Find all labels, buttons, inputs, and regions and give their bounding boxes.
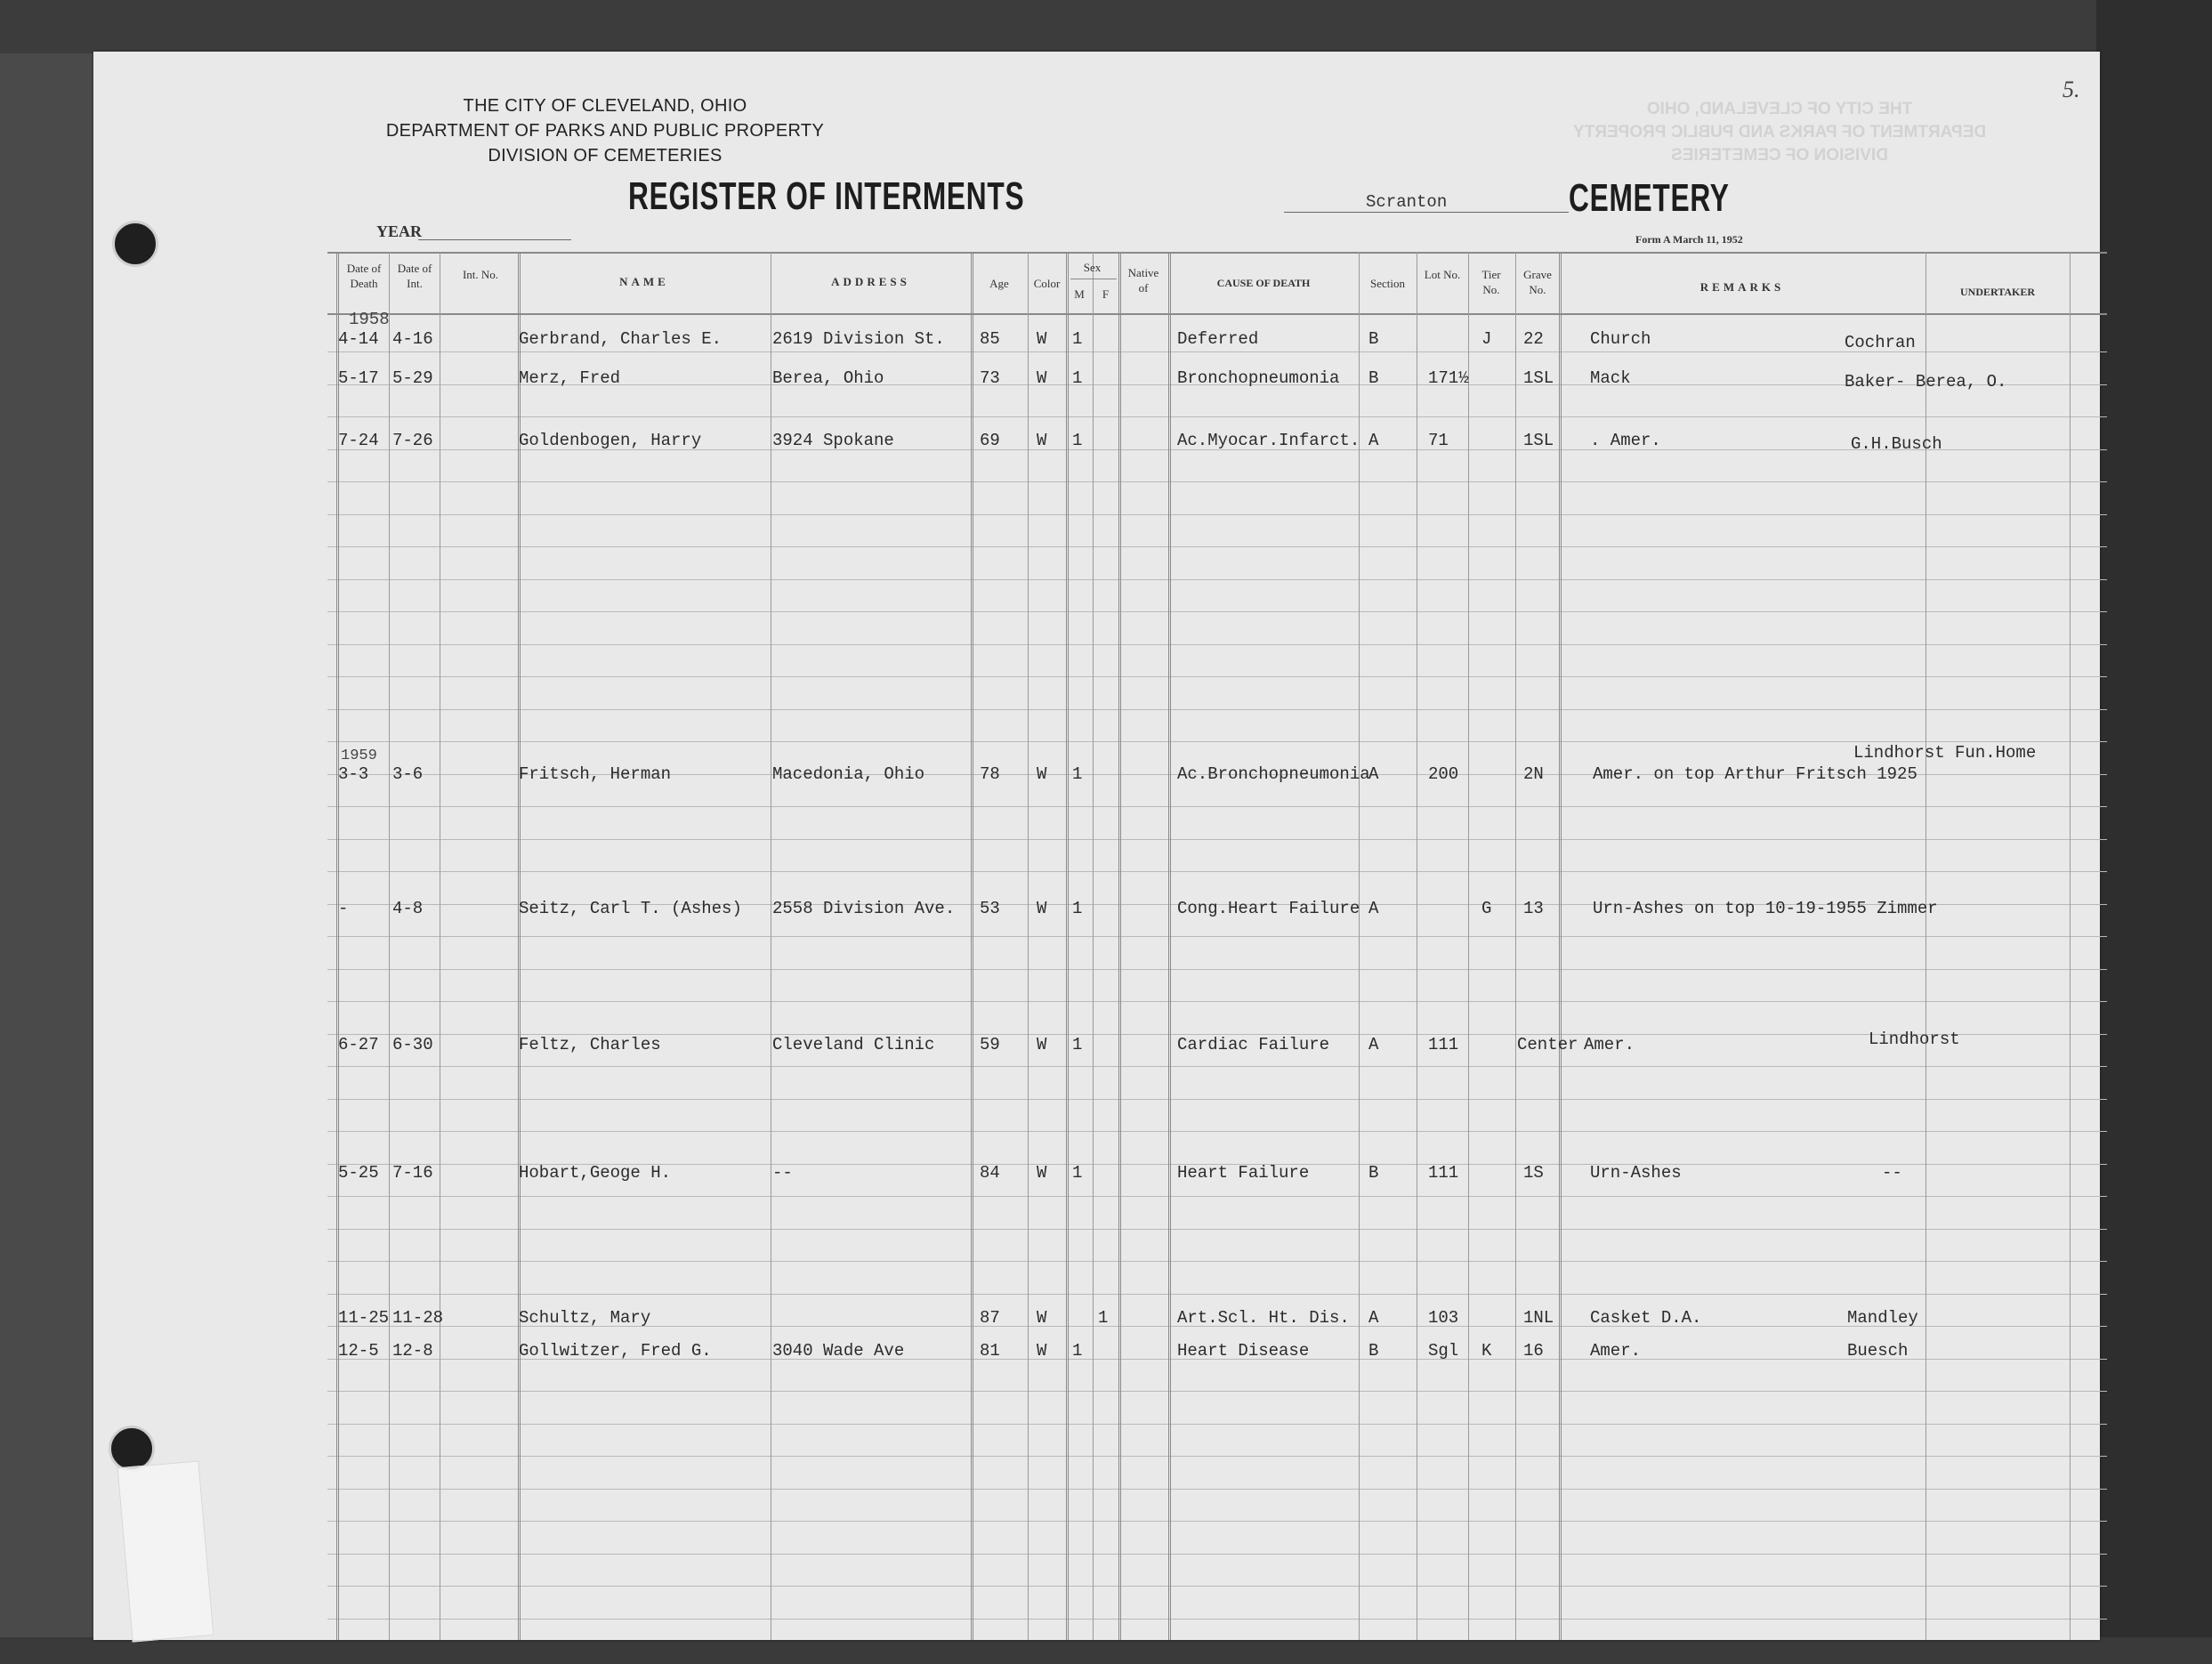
col-lot-no: Lot No. — [1424, 267, 1461, 282]
cell-date-of-death: 4-14 — [338, 329, 379, 349]
cell-date-of-int: 7-26 — [392, 431, 433, 450]
cell-address: 3040 Wade Ave — [772, 1341, 904, 1361]
cell-color: W — [1037, 368, 1046, 388]
sex-divider — [1070, 279, 1117, 279]
cell-remarks: Church — [1590, 329, 1651, 349]
cell-lot: 200 — [1428, 764, 1458, 784]
col-rule — [336, 252, 339, 1640]
col-rule — [440, 252, 440, 1640]
ruled-line — [327, 969, 2107, 970]
cell-tier: K — [1481, 1341, 1491, 1361]
cell-cause: Ac.Myocar.Infarct. — [1177, 431, 1360, 450]
cell-lot: 171½ — [1428, 368, 1469, 388]
cell-m: 1 — [1072, 368, 1082, 388]
col-rule — [771, 252, 771, 1640]
cell-remarks: . Amer. — [1590, 431, 1661, 450]
cell-date-of-int: 12-8 — [392, 1341, 433, 1361]
cell-name: Gerbrand, Charles E. — [519, 329, 722, 349]
cell-color: W — [1037, 431, 1046, 450]
bleed-through-line: THE CITY OF CLEVELAND, OHIO — [1548, 98, 2011, 121]
cell-age: 84 — [980, 1163, 1000, 1183]
cell-section: A — [1368, 764, 1378, 784]
cell-age: 85 — [980, 329, 1000, 349]
cell-date-of-death: 7-24 — [338, 431, 379, 450]
ruled-line — [327, 416, 2107, 417]
cell-cause: Cardiac Failure — [1177, 1035, 1329, 1054]
tape-strip — [117, 1460, 214, 1642]
scan-backdrop-right — [2096, 0, 2212, 1664]
cell-remarks: Urn-Ashes — [1590, 1163, 1682, 1183]
cell-color: W — [1037, 1163, 1046, 1183]
cell-remarks: Amer. — [1590, 1341, 1641, 1361]
cell-undertaker: Buesch — [1847, 1341, 1908, 1361]
col-sex-f: F — [1093, 287, 1118, 302]
cell-undertaker: Lindhorst — [1869, 1030, 1960, 1049]
cell-grave: 13 — [1523, 899, 1544, 918]
cell-address: Macedonia, Ohio — [772, 764, 924, 784]
cell-remarks: Urn-Ashes on top 10-19-1955 Zimmer — [1593, 899, 1938, 918]
cell-section: B — [1368, 1341, 1378, 1361]
ruled-line — [327, 871, 2107, 872]
cell-date-of-death: 5-25 — [338, 1163, 379, 1183]
cell-name: Goldenbogen, Harry — [519, 431, 701, 450]
ruled-line — [327, 1196, 2107, 1197]
ruled-line — [327, 579, 2107, 580]
col-date-of-int: Date of Int. — [392, 261, 437, 291]
cell-name: Schultz, Mary — [519, 1308, 650, 1328]
year-field-line — [418, 239, 571, 240]
cell-grave: 1NL — [1523, 1308, 1554, 1328]
cell-remarks: Casket D.A. — [1590, 1308, 1701, 1328]
col-native-of: Native of — [1123, 265, 1164, 295]
punch-hole-top — [112, 221, 158, 267]
cell-date-of-int: 4-8 — [392, 899, 423, 918]
cell-lot: Sgl — [1428, 1341, 1458, 1361]
cell-grave: 22 — [1523, 329, 1544, 349]
cell-lot: 71 — [1428, 431, 1449, 450]
ruled-line — [327, 1099, 2107, 1100]
cell-color: W — [1037, 329, 1046, 349]
cemetery-name: Scranton — [1366, 192, 1447, 212]
col-color: Color — [1028, 276, 1066, 291]
cell-address: -- — [772, 1163, 793, 1183]
cell-cause: Ac.Bronchopneumonia — [1177, 764, 1370, 784]
cell-grave: 2N — [1523, 764, 1544, 784]
col-int-no: Int. No. — [458, 267, 503, 282]
cell-grave: 1SL — [1523, 431, 1554, 450]
header-bottom-rule — [327, 313, 2107, 315]
cell-lot: 103 — [1428, 1308, 1458, 1328]
cell-date-of-death: 6-27 — [338, 1035, 379, 1054]
cell-remarks: Amer. on top Arthur Fritsch 1925 — [1593, 764, 1917, 784]
cell-cause: Heart Failure — [1177, 1163, 1309, 1183]
cell-name: Fritsch, Herman — [519, 764, 671, 784]
register-title: REGISTER OF INTERMENTS — [628, 174, 1024, 219]
cell-age: 73 — [980, 368, 1000, 388]
cell-remarks: Mack — [1590, 368, 1631, 388]
col-cause-of-death: CAUSE OF DEATH — [1168, 276, 1359, 291]
cell-undertaker: Lindhorst Fun.Home — [1853, 743, 2036, 763]
cell-f: 1 — [1098, 1308, 1108, 1328]
cell-age: 81 — [980, 1341, 1000, 1361]
cell-address: 3924 Spokane — [772, 431, 894, 450]
cell-remarks: Amer. — [1584, 1035, 1635, 1054]
cell-cause: Heart Disease — [1177, 1341, 1309, 1361]
cell-cause: Bronchopneumonia — [1177, 368, 1339, 388]
cell-color: W — [1037, 764, 1046, 784]
bleed-through-line: DEPARTMENT OF PARKS AND PUBLIC PROPERTY — [1548, 121, 2011, 144]
cell-grave: 1S — [1523, 1163, 1544, 1183]
cell-m: 1 — [1072, 764, 1082, 784]
col-rule — [1118, 252, 1121, 1640]
cell-tier: J — [1481, 329, 1491, 349]
cell-date-of-death: 3-3 — [338, 764, 368, 784]
ruled-line — [327, 676, 2107, 677]
cell-undertaker: Mandley — [1847, 1308, 1918, 1328]
cell-color: W — [1037, 1035, 1046, 1054]
col-rule — [1559, 252, 1562, 1640]
cell-date-of-death: - — [338, 899, 348, 918]
cell-age: 78 — [980, 764, 1000, 784]
cell-lot: 111 — [1428, 1163, 1458, 1183]
cell-undertaker: Cochran — [1845, 333, 1916, 352]
col-name: NAME — [518, 274, 771, 289]
cell-date-of-int: 11-28 — [392, 1308, 443, 1328]
col-rule — [1359, 252, 1360, 1640]
bleed-through-line: DIVISION OF CEMETERIES — [1548, 144, 2011, 167]
cell-grave: 1SL — [1523, 368, 1554, 388]
cell-section: A — [1368, 899, 1378, 918]
ruled-line — [327, 611, 2107, 612]
cell-section: A — [1368, 1308, 1378, 1328]
col-rule — [2070, 252, 2071, 1640]
cell-date-of-death: 11-25 — [338, 1308, 389, 1328]
col-tier-no: Tier No. — [1473, 267, 1510, 297]
cemetery-field-line — [1284, 212, 1569, 213]
scan-backdrop-top — [0, 0, 2212, 53]
year-mark-1958: 1958 — [349, 310, 390, 329]
cell-date-of-int: 5-29 — [392, 368, 433, 388]
cell-date-of-int: 7-16 — [392, 1163, 433, 1183]
col-sex-m: M — [1066, 287, 1093, 302]
cell-date-of-death: 5-17 — [338, 368, 379, 388]
ruled-line — [327, 1294, 2107, 1295]
ruled-line — [327, 546, 2107, 547]
cell-m: 1 — [1072, 1035, 1082, 1054]
cell-color: W — [1037, 1341, 1046, 1361]
col-rule — [389, 252, 390, 1640]
cell-name: Hobart,Geoge H. — [519, 1163, 671, 1183]
cell-date-of-int: 6-30 — [392, 1035, 433, 1054]
cell-name: Merz, Fred — [519, 368, 620, 388]
col-rule — [1925, 252, 1926, 1640]
col-rule — [1028, 252, 1029, 1640]
cell-name: Feltz, Charles — [519, 1035, 661, 1054]
col-address: ADDRESS — [771, 274, 971, 289]
cell-age: 69 — [980, 431, 1000, 450]
ruled-line — [327, 1489, 2107, 1490]
col-grave-no: Grave No. — [1518, 267, 1557, 297]
ruled-line — [327, 1066, 2107, 1067]
cell-date-of-int: 3-6 — [392, 764, 423, 784]
ruled-line — [327, 1261, 2107, 1262]
cell-undertaker: Baker- Berea, O. — [1845, 372, 2006, 392]
cell-age: 87 — [980, 1308, 1000, 1328]
ruled-line — [327, 1391, 2107, 1392]
ruled-line — [327, 1131, 2107, 1132]
col-undertaker: UNDERTAKER — [1925, 285, 2070, 300]
cell-section: B — [1368, 329, 1378, 349]
ruled-line — [327, 1229, 2107, 1230]
col-age: Age — [971, 276, 1028, 291]
cell-cause: Cong.Heart Failure — [1177, 899, 1360, 918]
cell-m: 1 — [1072, 431, 1082, 450]
col-rule — [1093, 252, 1094, 1640]
cell-m: 1 — [1072, 899, 1082, 918]
cell-section: B — [1368, 1163, 1378, 1183]
cell-tier: G — [1481, 899, 1491, 918]
ruled-line — [327, 644, 2107, 645]
cell-address: Berea, Ohio — [772, 368, 884, 388]
cell-m: 1 — [1072, 329, 1082, 349]
cell-section: B — [1368, 368, 1378, 388]
ruled-line — [327, 806, 2107, 807]
cell-section: A — [1368, 1035, 1378, 1054]
cell-color: W — [1037, 899, 1046, 918]
scan-backdrop-bottom — [0, 1637, 2212, 1664]
cell-date-of-int: 4-16 — [392, 329, 433, 349]
ruled-line — [327, 481, 2107, 482]
col-rule — [971, 252, 973, 1640]
col-rule — [1168, 252, 1171, 1640]
col-rule — [518, 252, 521, 1640]
ruled-line — [327, 1554, 2107, 1555]
form-note: Form A March 11, 1952 — [1635, 233, 1743, 246]
cell-cause: Art.Scl. Ht. Dis. — [1177, 1308, 1350, 1328]
cell-color: W — [1037, 1308, 1046, 1328]
col-section: Section — [1359, 276, 1417, 291]
cell-address: Cleveland Clinic — [772, 1035, 934, 1054]
col-rule — [1066, 252, 1069, 1640]
cell-address: 2619 Division St. — [772, 329, 945, 349]
col-rule — [1468, 252, 1469, 1640]
col-rule — [1515, 252, 1516, 1640]
col-sex: Sex — [1066, 260, 1118, 275]
ruled-line — [327, 351, 2107, 352]
col-date-of-death: Date of Death — [342, 261, 386, 291]
cell-section: A — [1368, 431, 1378, 450]
ruled-line — [327, 1424, 2107, 1425]
ruled-line — [327, 839, 2107, 840]
cell-age: 59 — [980, 1035, 1000, 1054]
cell-undertaker: -- — [1882, 1163, 1902, 1183]
cell-name: Seitz, Carl T. (Ashes) — [519, 899, 742, 918]
cell-undertaker: G.H.Busch — [1851, 434, 1942, 454]
ruled-line — [327, 1586, 2107, 1587]
department-heading: DEPARTMENT OF PARKS AND PUBLIC PROPERTY — [374, 121, 836, 141]
ruled-line — [327, 936, 2107, 937]
ruled-line — [327, 741, 2107, 742]
cell-date-of-death: 12-5 — [338, 1341, 379, 1361]
division-heading: DIVISION OF CEMETERIES — [374, 146, 836, 166]
cell-grave: Center — [1517, 1035, 1578, 1054]
ruled-line — [327, 1619, 2107, 1620]
cell-name: Gollwitzer, Fred G. — [519, 1341, 712, 1361]
cell-age: 53 — [980, 899, 1000, 918]
col-rule — [1417, 252, 1417, 1640]
cell-m: 1 — [1072, 1341, 1082, 1361]
year-label: YEAR — [376, 222, 422, 241]
ruled-line — [327, 709, 2107, 710]
cell-m: 1 — [1072, 1163, 1082, 1183]
col-remarks: REMARKS — [1559, 279, 1925, 295]
table-top-rule — [327, 252, 2107, 254]
cell-cause: Deferred — [1177, 329, 1258, 349]
ruled-line — [327, 1001, 2107, 1002]
cell-grave: 16 — [1523, 1341, 1544, 1361]
bleed-through-header: THE CITY OF CLEVELAND, OHIO DEPARTMENT O… — [1548, 98, 2011, 167]
page-number: 5. — [2063, 77, 2080, 103]
ruled-line — [327, 514, 2107, 515]
cell-address: 2558 Division Ave. — [772, 899, 955, 918]
city-heading: THE CITY OF CLEVELAND, OHIO — [374, 96, 836, 117]
year-mark-1959: 1959 — [341, 747, 377, 764]
ruled-line — [327, 1456, 2107, 1457]
ruled-line — [327, 1521, 2107, 1522]
cell-lot: 111 — [1428, 1035, 1458, 1054]
cemetery-label: CEMETERY — [1569, 176, 1730, 221]
